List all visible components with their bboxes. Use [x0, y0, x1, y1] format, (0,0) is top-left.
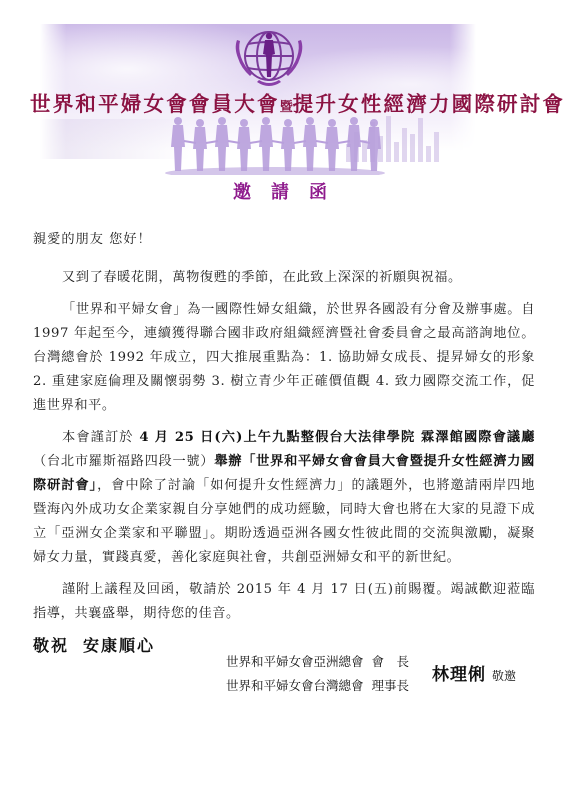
signatory-name-text: 林理俐	[432, 665, 486, 685]
greeting: 親愛的朋友 您好！	[33, 228, 535, 252]
signature-block: 世界和平婦女會亞洲總會會 長 世界和平婦女會台灣總會理事長 林理俐敬邀	[226, 650, 546, 698]
event-details-prefix: 本會謹訂於	[62, 430, 134, 445]
event-title-part2: 提升女性經濟力國際研討會	[293, 92, 565, 116]
event-datetime-venue: 4 月 25 日(六)上午九點整假台大法律學院 霖澤館國際會議廳	[134, 430, 535, 445]
closing-part1: 敬祝	[33, 636, 69, 655]
event-title-part1: 世界和平婦女會會員大會	[30, 92, 280, 116]
signature-org: 世界和平婦女會台灣總會	[226, 678, 364, 693]
signature-title: 會 長	[372, 654, 410, 669]
signatory-suffix: 敬邀	[492, 669, 516, 683]
paragraph-rsvp: 謹附上議程及回函，敬請於 2015 年 4 月 17 日(五)前賜覆。竭誠歡迎蒞…	[33, 578, 535, 626]
signature-title: 理事長	[372, 678, 410, 693]
women-silhouettes-graphic	[160, 115, 390, 175]
event-details-rest: ，會中除了討論「如何提升女性經濟力」的議題外，也將邀請兩岸四地暨海內外成功女企業…	[33, 478, 535, 565]
event-address: （台北市羅斯福路四段一號）	[33, 454, 214, 469]
signatory-name: 林理俐敬邀	[432, 660, 516, 685]
event-title: 世界和平婦女會會員大會暨提升女性經濟力國際研討會	[30, 87, 540, 117]
globe-laurel-woman-icon	[227, 26, 311, 92]
event-title-connector: 暨	[280, 100, 293, 115]
closing-part2: 安康順心	[83, 636, 155, 655]
signature-org: 世界和平婦女會亞洲總會	[226, 654, 364, 669]
invitation-heading: 邀請函	[200, 178, 360, 204]
letter-body: 親愛的朋友 您好！ 又到了春暖花開，萬物復甦的季節，在此致上深深的祈願與祝福。 …	[33, 228, 535, 658]
paragraph-organization-intro: 「世界和平婦女會」為一國際性婦女組織，於世界各國設有分會及辦事處。自 1997 …	[33, 298, 535, 418]
paragraph-event-details: 本會謹訂於 4 月 25 日(六)上午九點整假台大法律學院 霖澤館國際會議廳（台…	[33, 426, 535, 570]
paragraph-season-greeting: 又到了春暖花開，萬物復甦的季節，在此致上深深的祈願與祝福。	[33, 266, 535, 290]
